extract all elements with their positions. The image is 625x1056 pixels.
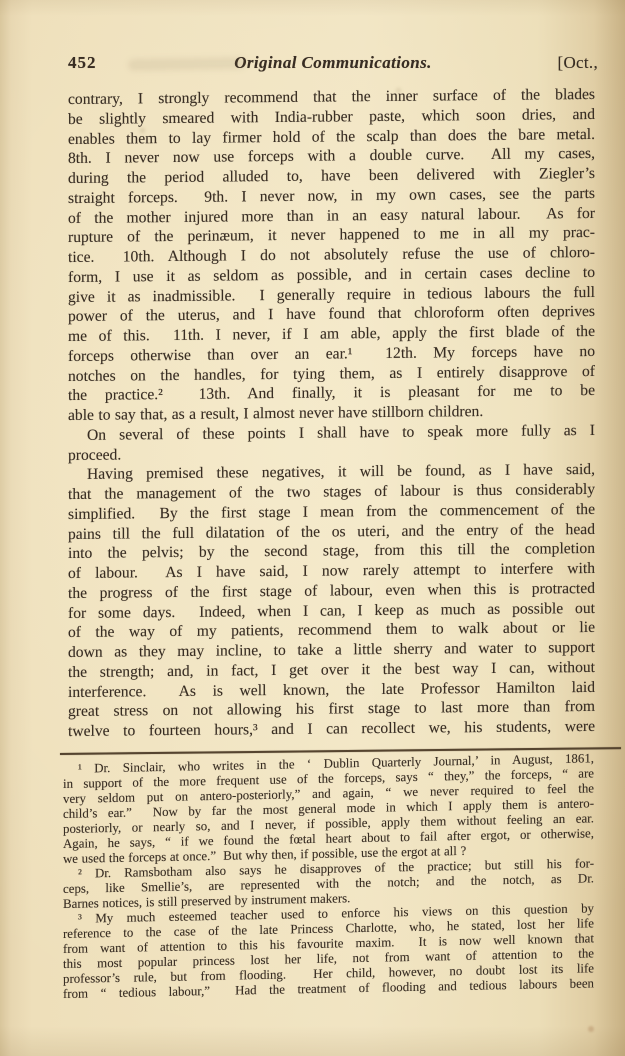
book-page: 452 Original Communications. [Oct., cont…: [0, 0, 625, 1056]
issue-date: [Oct.,: [503, 53, 598, 73]
footnotes: ¹ Dr. Sinclair, who writes in the ‘ Dubl…: [63, 751, 594, 1002]
page-body: contrary, I strongly recommend that the …: [68, 85, 595, 742]
page-header: 452 Original Communications. [Oct.,: [68, 53, 598, 73]
footnote: ¹ Dr. Sinclair, who writes in the ‘ Dubl…: [63, 751, 594, 867]
paragraph: On several of these points I shall have …: [68, 421, 595, 466]
page-number: 452: [68, 53, 163, 73]
running-title: Original Communications.: [163, 53, 503, 73]
text-line: twelve to fourteen hours,³ and I can rec…: [68, 717, 595, 742]
ink-spot: [588, 1026, 594, 1032]
footnote: ³ My much esteemed teacher used to enfor…: [63, 901, 594, 1002]
paragraph: Having premised these negatives, it will…: [68, 460, 595, 742]
paragraph: contrary, I strongly recommend that the …: [68, 85, 595, 426]
